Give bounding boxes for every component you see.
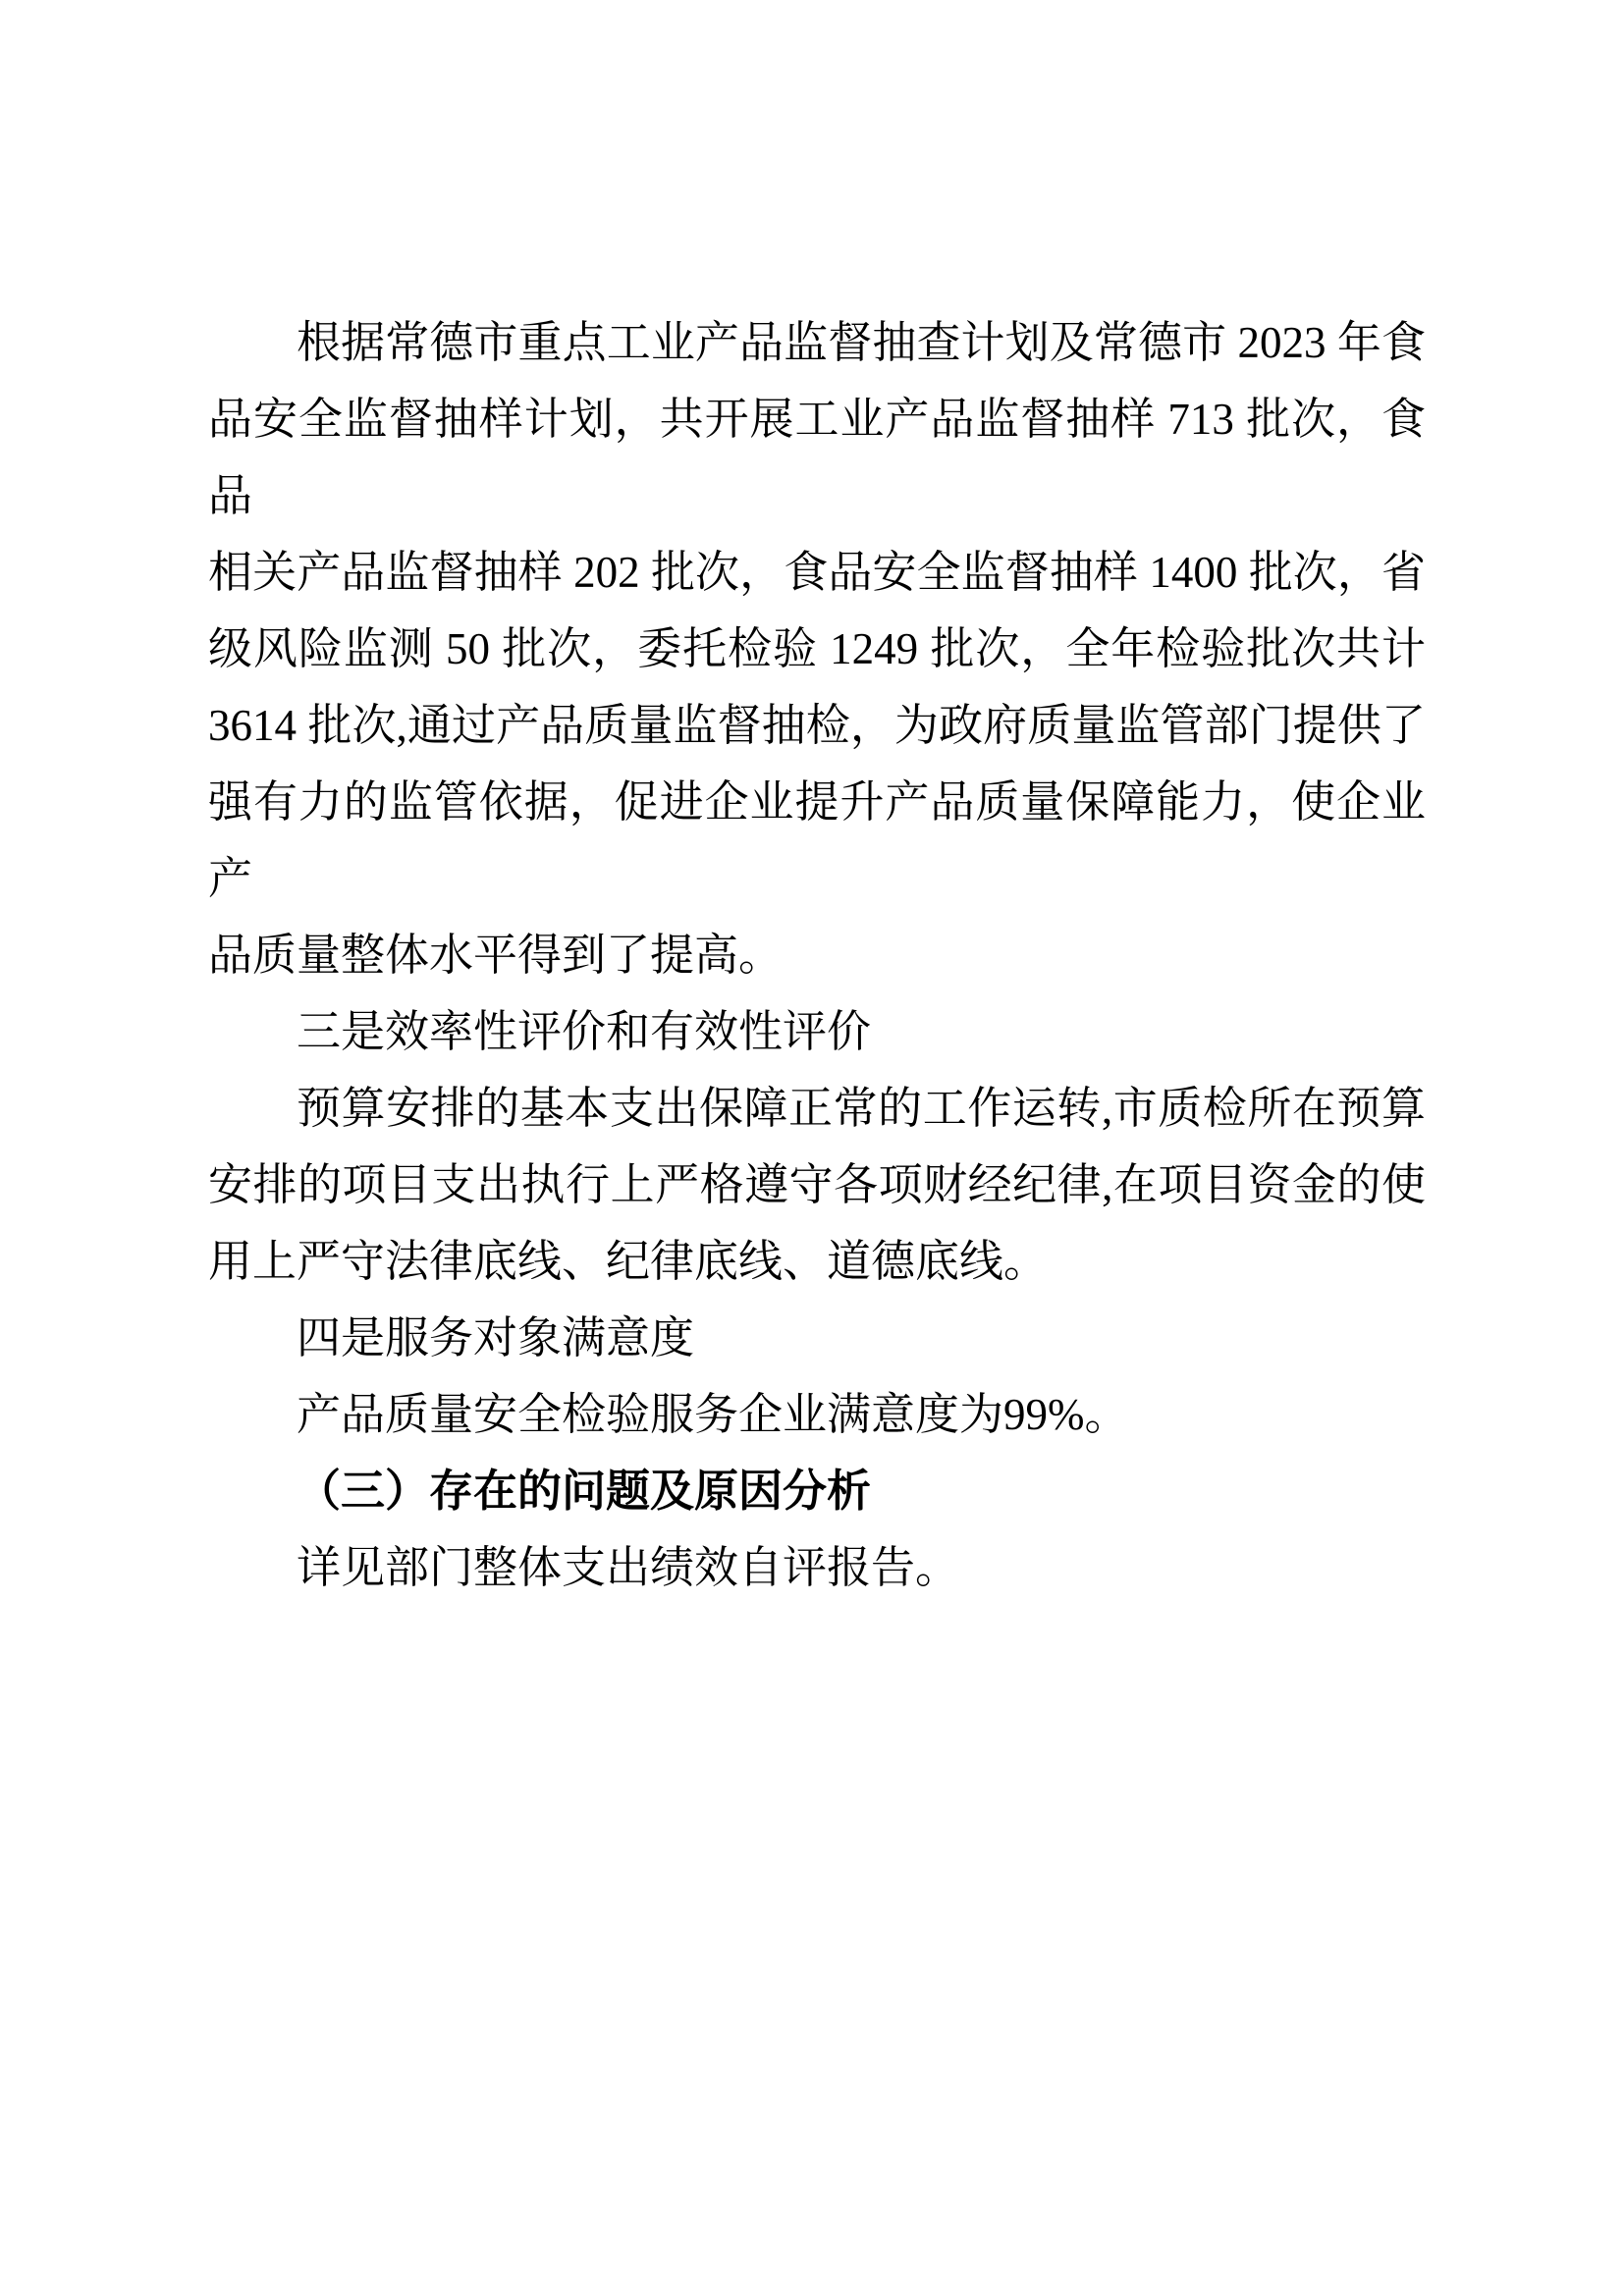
text-line: （三）存在的问题及原因分析 [208, 1453, 1426, 1529]
document-body: 根据常德市重点工业产品监督抽查计划及常德市 2023 年食品安全监督抽样计划，共… [208, 304, 1426, 1606]
text-line: 预算安排的基本支出保障正常的工作运转,市质检所在预算 [208, 1070, 1426, 1147]
paragraph-see-report: 详见部门整体支出绩效自评报告。 [208, 1529, 1426, 1606]
paragraph-budget-discipline: 预算安排的基本支出保障正常的工作运转,市质检所在预算安排的项目支出执行上严格遵守… [208, 1070, 1426, 1300]
text-line: 强有力的监管依据，促进企业提升产品质量保障能力，使企业产 [208, 764, 1426, 917]
document-page: 根据常德市重点工业产品监督抽查计划及常德市 2023 年食品安全监督抽样计划，共… [0, 0, 1624, 2296]
heading-problems-analysis: （三）存在的问题及原因分析 [208, 1453, 1426, 1529]
text-line: 三是效率性评价和有效性评价 [208, 993, 1426, 1070]
text-line: 品安全监督抽样计划，共开展工业产品监督抽样 713 批次，食品 [208, 381, 1426, 534]
text-line: 四是服务对象满意度 [208, 1300, 1426, 1376]
paragraph-satisfaction-value: 产品质量安全检验服务企业满意度为99%。 [208, 1376, 1426, 1453]
text-line: 详见部门整体支出绩效自评报告。 [208, 1529, 1426, 1606]
text-line: 3614 批次,通过产品质量监督抽检，为政府质量监管部门提供了 [208, 687, 1426, 764]
text-line: 级风险监测 50 批次，委托检验 1249 批次，全年检验批次共计 [208, 611, 1426, 687]
text-line: 安排的项目支出执行上严格遵守各项财经纪律,在项目资金的使 [208, 1147, 1426, 1223]
subheading-service-satisfaction: 四是服务对象满意度 [208, 1300, 1426, 1376]
paragraph-sampling-overview: 根据常德市重点工业产品监督抽查计划及常德市 2023 年食品安全监督抽样计划，共… [208, 304, 1426, 993]
text-line: 用上严守法律底线、纪律底线、道德底线。 [208, 1223, 1426, 1300]
text-line: 根据常德市重点工业产品监督抽查计划及常德市 2023 年食 [208, 304, 1426, 381]
text-line: 品质量整体水平得到了提高。 [208, 917, 1426, 993]
text-line: 相关产品监督抽样 202 批次，食品安全监督抽样 1400 批次，省 [208, 534, 1426, 611]
subheading-efficiency-effectiveness: 三是效率性评价和有效性评价 [208, 993, 1426, 1070]
text-line: 产品质量安全检验服务企业满意度为99%。 [208, 1376, 1426, 1453]
